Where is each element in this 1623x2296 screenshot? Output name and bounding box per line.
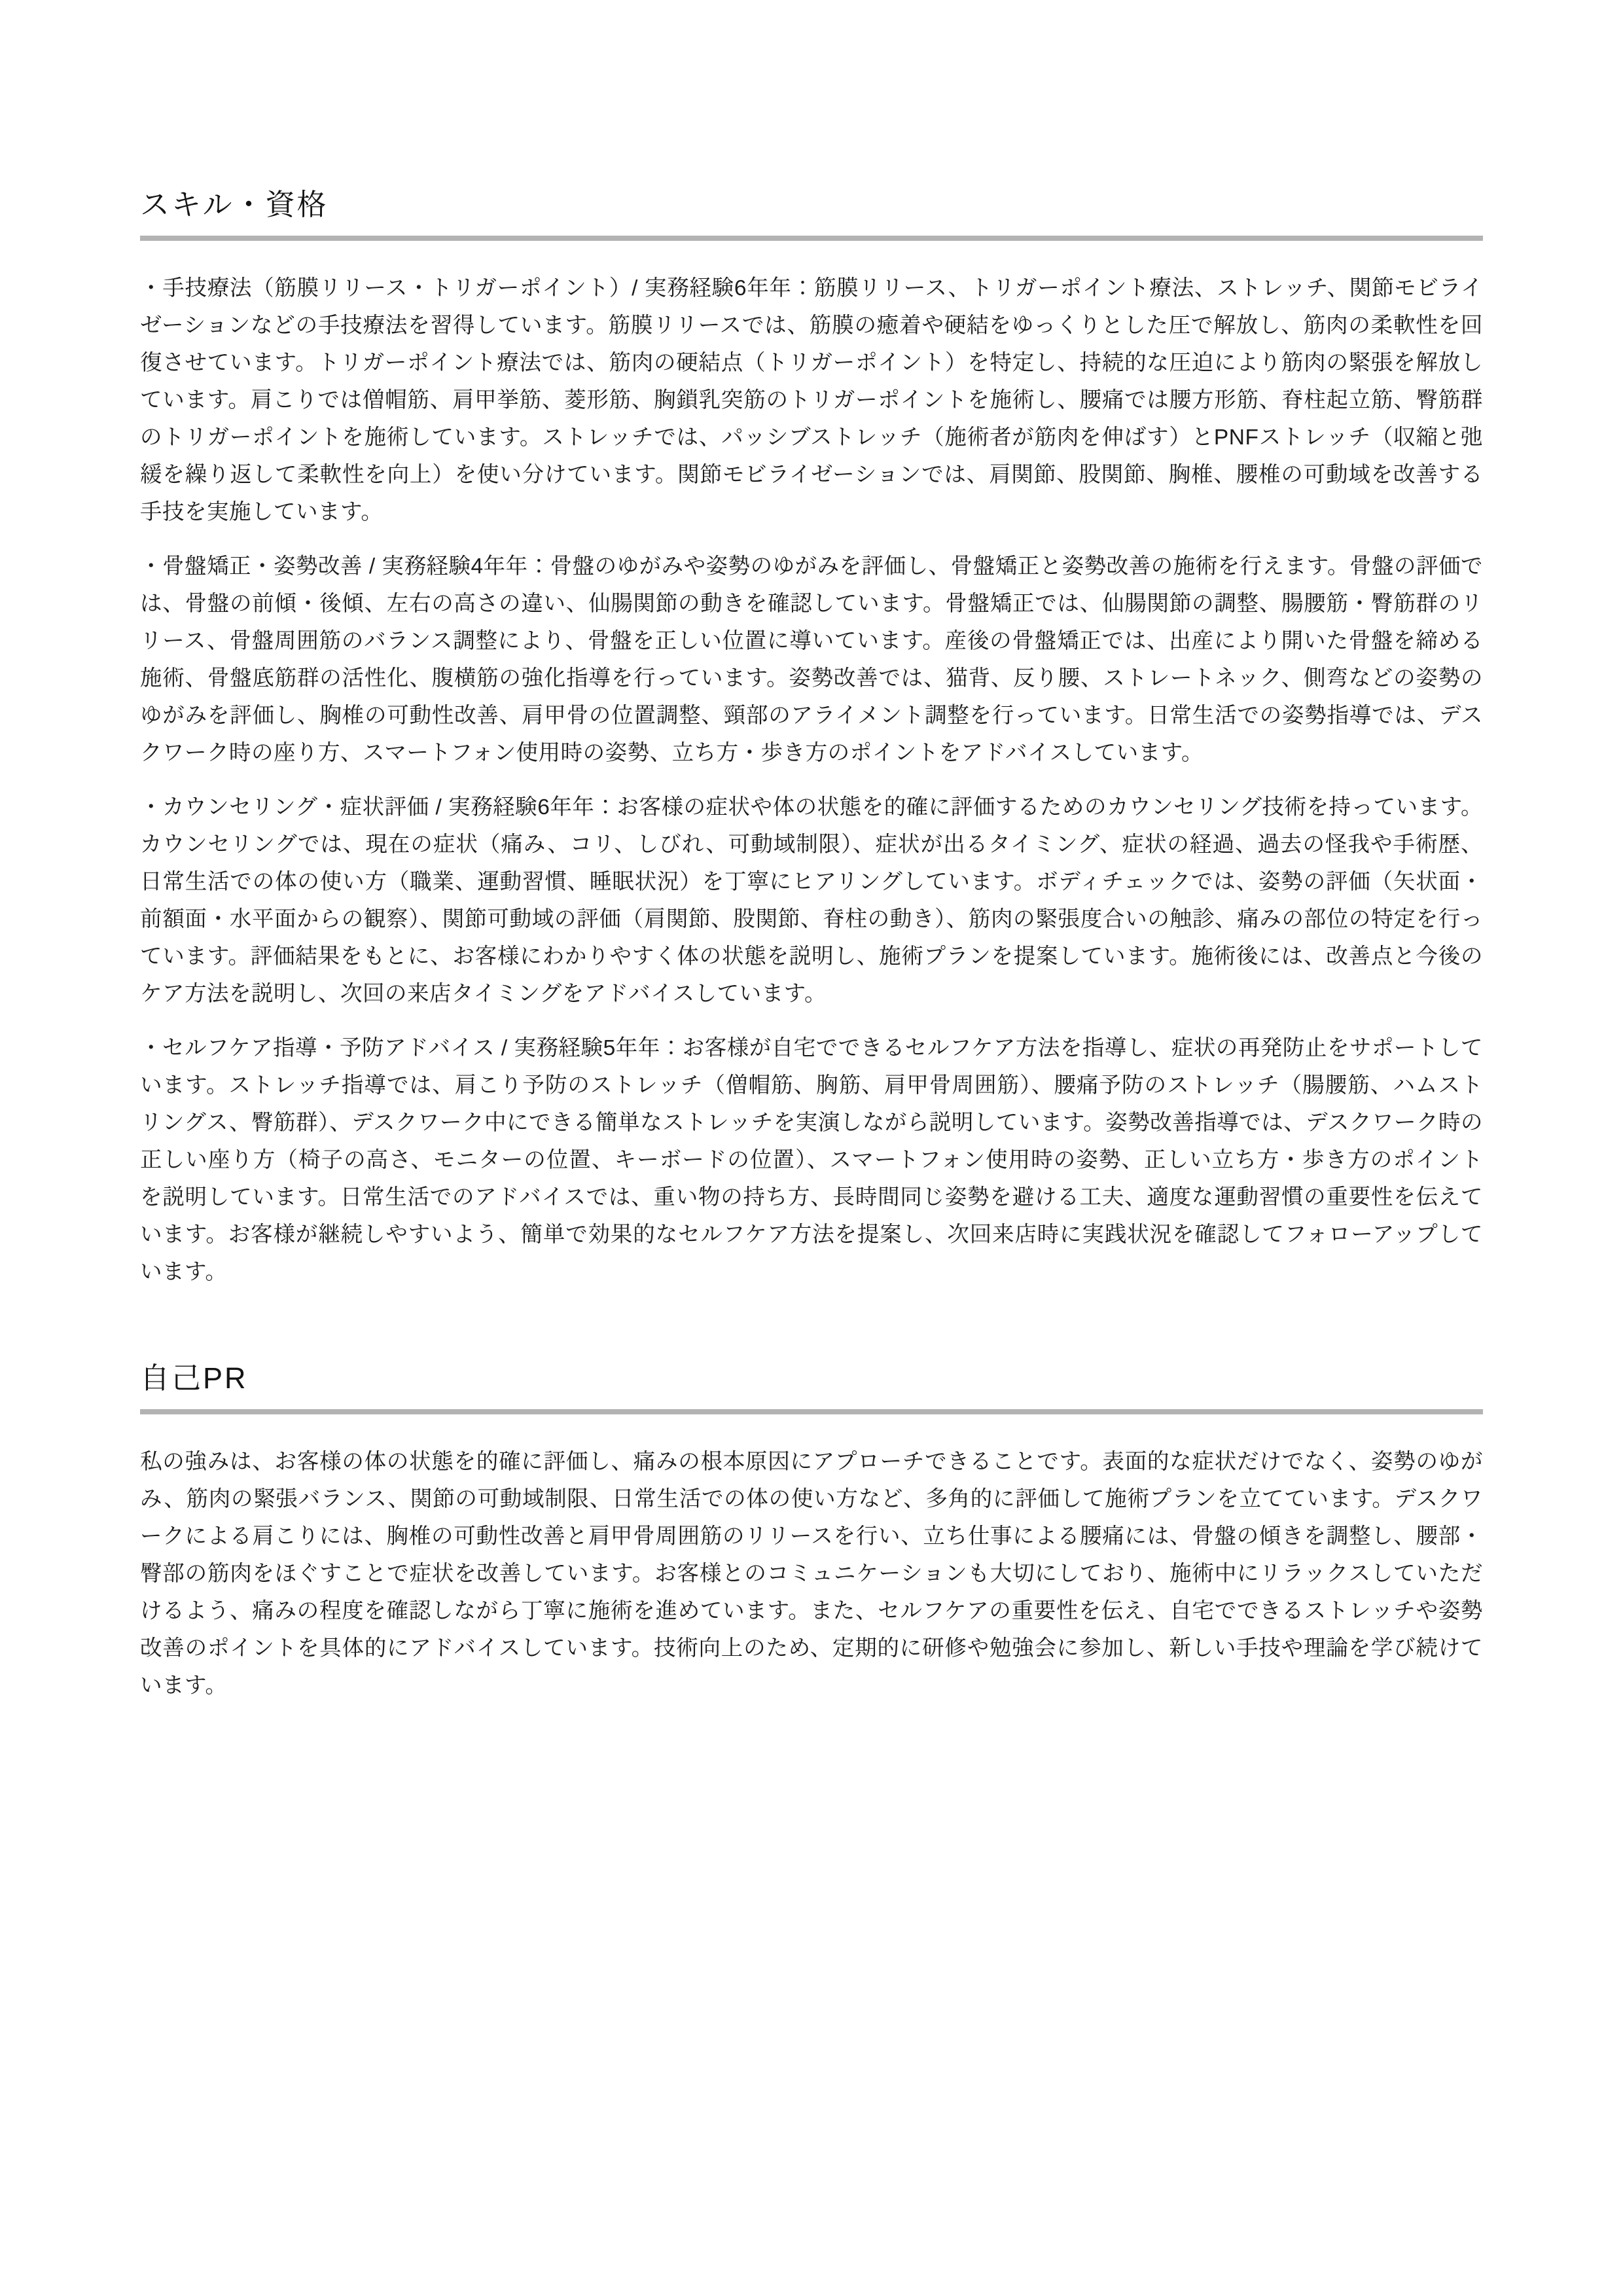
section-skills-qualifications: スキル・資格 ・手技療法（筋膜リリース・トリガーポイント）/ 実務経験6年年：筋… xyxy=(140,185,1483,1291)
self-pr-paragraph: 私の強みは、お客様の体の状態を的確に評価し、痛みの根本原因にアプローチできること… xyxy=(140,1443,1483,1704)
skill-entry-counseling: ・カウンセリング・症状評価 / 実務経験6年年：お客様の症状や体の状態を的確に評… xyxy=(140,789,1483,1013)
skill-entry-selfcare-guidance: ・セルフケア指導・予防アドバイス / 実務経験5年年：お客様が自宅でできるセルフ… xyxy=(140,1030,1483,1291)
section-title-skills: スキル・資格 xyxy=(140,185,1483,225)
section-divider xyxy=(140,236,1483,241)
section-self-pr: 自己PR 私の強みは、お客様の体の状態を的確に評価し、痛みの根本原因にアプローチ… xyxy=(140,1359,1483,1704)
resume-document-page: スキル・資格 ・手技療法（筋膜リリース・トリガーポイント）/ 実務経験6年年：筋… xyxy=(0,0,1623,2296)
section-title-self-pr: 自己PR xyxy=(140,1359,1483,1399)
skill-entry-pelvic-correction: ・骨盤矯正・姿勢改善 / 実務経験4年年：骨盤のゆがみや姿勢のゆがみを評価し、骨… xyxy=(140,548,1483,772)
section-divider xyxy=(140,1409,1483,1414)
skill-entry-manual-therapy: ・手技療法（筋膜リリース・トリガーポイント）/ 実務経験6年年：筋膜リリース、ト… xyxy=(140,270,1483,531)
